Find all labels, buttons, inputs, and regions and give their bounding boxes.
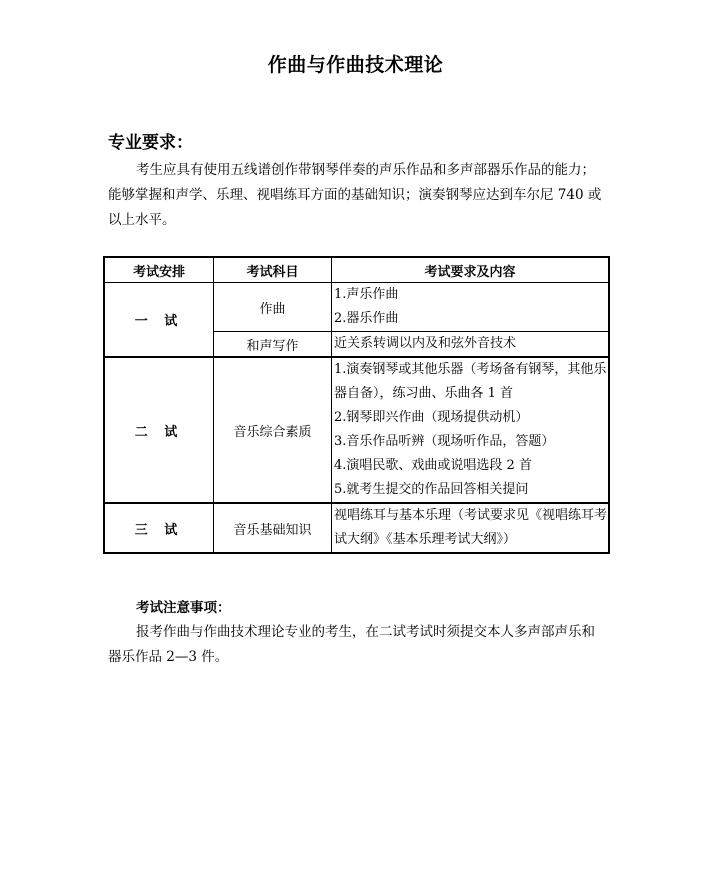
- subject-cell: 音乐基础知识: [214, 503, 332, 553]
- subject-cell: 音乐综合素质: [214, 357, 332, 503]
- requirements-heading: 专业要求：: [108, 128, 193, 153]
- requirements-text: 考生应具有使用五线谱创作带钢琴伴奏的声乐作品和多声部器乐作品的能力；能够掌握和声…: [108, 158, 604, 233]
- content-line: 2.器乐作曲: [334, 307, 608, 331]
- stage-cell: 一 试: [104, 283, 214, 358]
- content-line: 4.演唱民歌、戏曲或说唱选段 2 首: [334, 454, 608, 478]
- content-line: 2.钢琴即兴作曲（现场提供动机）: [334, 406, 608, 430]
- subject-cell: 作曲: [214, 283, 332, 332]
- content-line: 视唱练耳与基本乐理（考试要求见《视唱练耳考试大纲》《基本乐理考试大纲》）: [334, 504, 608, 552]
- content-line: 5.就考生提交的作品回答相关提问: [334, 478, 608, 502]
- table-row: 三 试 音乐基础知识 视唱练耳与基本乐理（考试要求见《视唱练耳考试大纲》《基本乐…: [104, 503, 609, 553]
- subject-cell: 和声写作: [214, 332, 332, 358]
- table-row: 一 试 作曲 1.声乐作曲 2.器乐作曲: [104, 283, 609, 332]
- notes-text: 报考作曲与作曲技术理论专业的考生，在二试考试时须提交本人多声部声乐和器乐作品 2…: [108, 620, 604, 670]
- table-row: 二 试 音乐综合素质 1.演奏钢琴或其他乐器（考场备有钢琴，其他乐器自备），练习…: [104, 357, 609, 503]
- document-title: 作曲与作曲技术理论: [0, 50, 711, 77]
- content-cell: 1.声乐作曲 2.器乐作曲: [332, 283, 610, 332]
- content-line: 1.演奏钢琴或其他乐器（考场备有钢琴，其他乐器自备），练习曲、乐曲各 1 首: [334, 358, 608, 406]
- header-content: 考试要求及内容: [332, 257, 610, 283]
- stage-cell: 三 试: [104, 503, 214, 553]
- content-cell: 视唱练耳与基本乐理（考试要求见《视唱练耳考试大纲》《基本乐理考试大纲》）: [332, 503, 610, 553]
- header-stage: 考试安排: [104, 257, 214, 283]
- content-cell: 近关系转调以内及和弦外音技术: [332, 332, 610, 358]
- exam-schedule-table: 考试安排 考试科目 考试要求及内容 一 试 作曲 1.声乐作曲 2.器乐作曲 和…: [103, 256, 610, 554]
- header-subject: 考试科目: [214, 257, 332, 283]
- content-line: 近关系转调以内及和弦外音技术: [334, 332, 608, 356]
- content-line: 3.音乐作品听辨（现场听作品，答题）: [334, 430, 608, 454]
- stage-cell: 二 试: [104, 357, 214, 503]
- table-header-row: 考试安排 考试科目 考试要求及内容: [104, 257, 609, 283]
- content-line: 1.声乐作曲: [334, 283, 608, 307]
- content-cell: 1.演奏钢琴或其他乐器（考场备有钢琴，其他乐器自备），练习曲、乐曲各 1 首 2…: [332, 357, 610, 503]
- notes-heading: 考试注意事项：: [136, 596, 231, 616]
